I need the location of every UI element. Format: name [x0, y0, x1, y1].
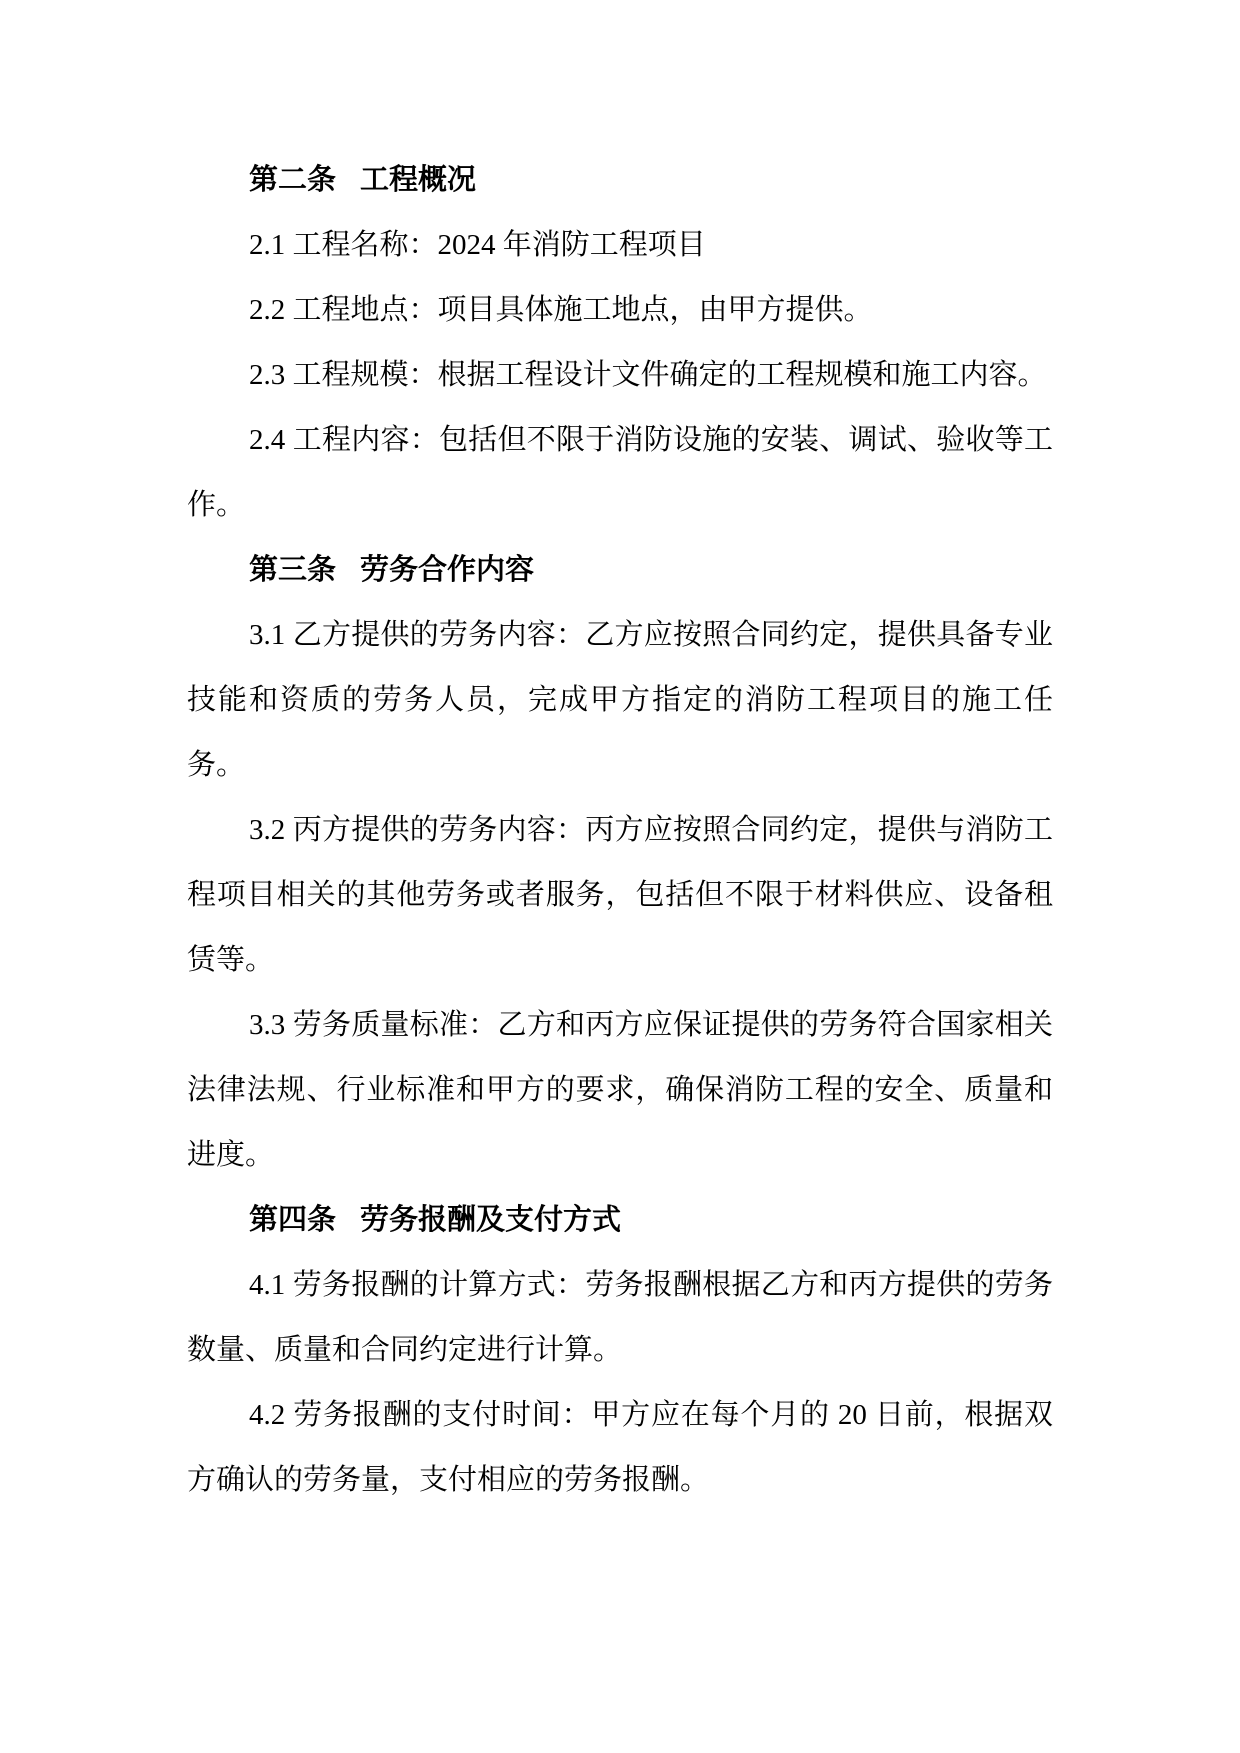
document-page: 第二条 工程概况 2.1 工程名称：2024 年消防工程项目 2.2 工程地点：… [0, 0, 1240, 1753]
article-2-heading: 第二条 工程概况 [187, 148, 1053, 213]
clause-4-1: 4.1 劳务报酬的计算方式：劳务报酬根据乙方和丙方提供的劳务数量、质量和合同约定… [187, 1253, 1053, 1383]
clause-4-2: 4.2 劳务报酬的支付时间：甲方应在每个月的 20 日前，根据双方确认的劳务量，… [187, 1383, 1053, 1513]
article-3-heading: 第三条 劳务合作内容 [187, 538, 1053, 603]
clause-2-2: 2.2 工程地点：项目具体施工地点，由甲方提供。 [187, 278, 1053, 343]
clause-3-3: 3.3 劳务质量标准：乙方和丙方应保证提供的劳务符合国家相关法律法规、行业标准和… [187, 993, 1053, 1188]
clause-3-1: 3.1 乙方提供的劳务内容：乙方应按照合同约定，提供具备专业技能和资质的劳务人员… [187, 603, 1053, 798]
clause-3-2: 3.2 丙方提供的劳务内容：丙方应按照合同约定，提供与消防工程项目相关的其他劳务… [187, 798, 1053, 993]
clause-2-1: 2.1 工程名称：2024 年消防工程项目 [187, 213, 1053, 278]
clause-2-4: 2.4 工程内容：包括但不限于消防设施的安装、调试、验收等工作。 [187, 408, 1053, 538]
clause-2-3: 2.3 工程规模：根据工程设计文件确定的工程规模和施工内容。 [187, 343, 1053, 408]
article-4-heading: 第四条 劳务报酬及支付方式 [187, 1188, 1053, 1253]
contract-body: 第二条 工程概况 2.1 工程名称：2024 年消防工程项目 2.2 工程地点：… [187, 148, 1053, 1513]
